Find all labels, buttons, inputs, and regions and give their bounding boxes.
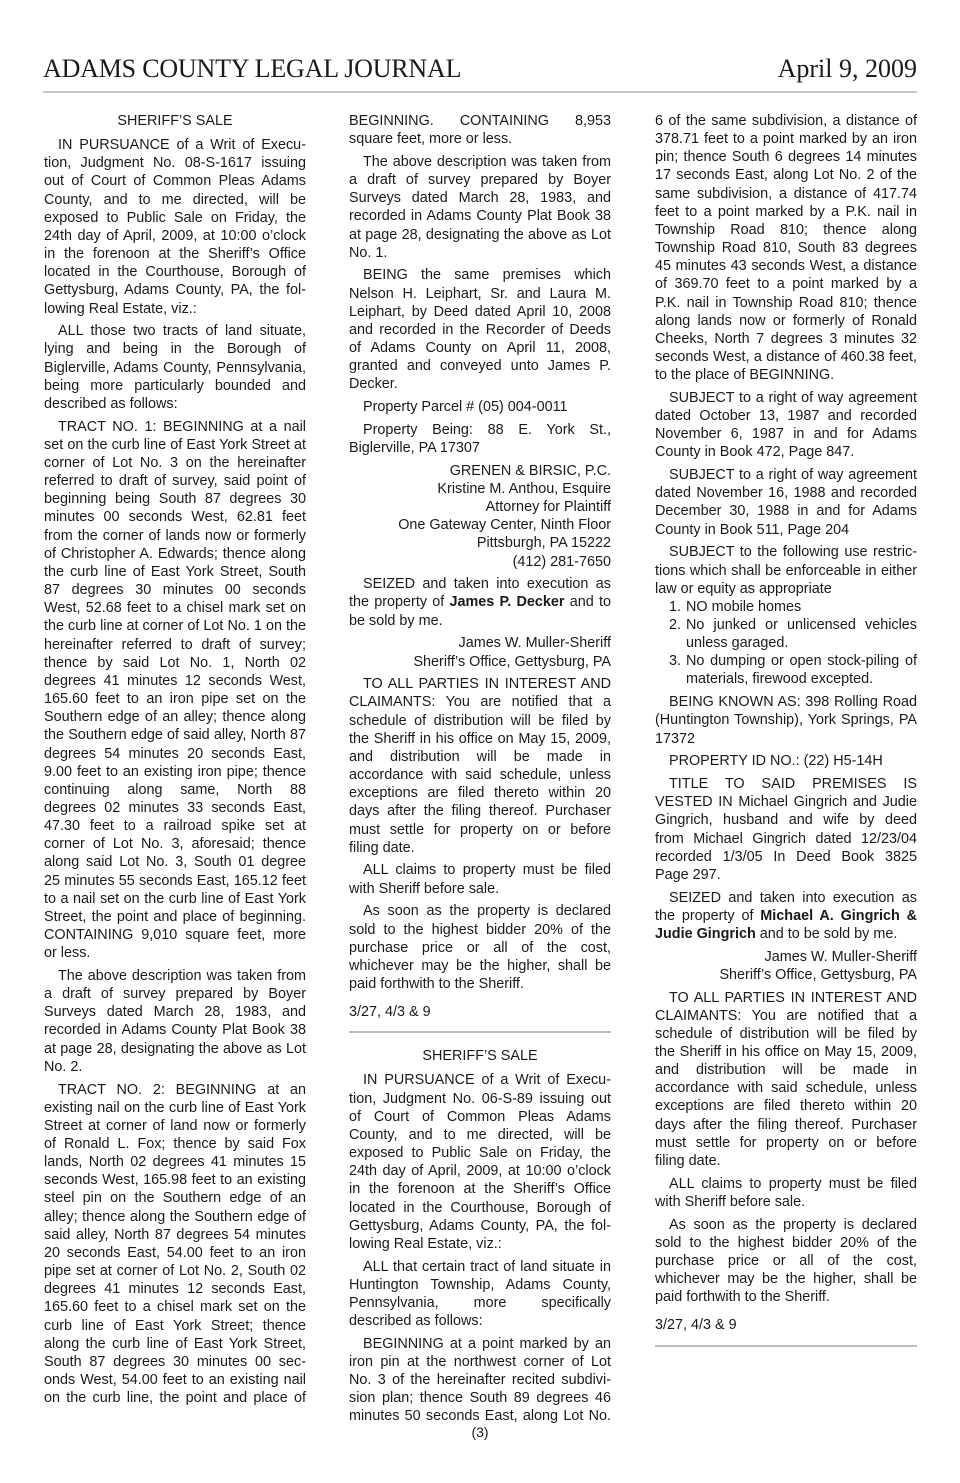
- notice-title: SHERIFF’S SALE: [349, 1047, 611, 1065]
- sheriff-name: James W. Muller-Sheriff: [349, 634, 611, 652]
- payment-paragraph: As soon as the property is declared sold…: [349, 902, 611, 993]
- journal-title: ADAMS COUNTY LEGAL JOURNAL: [43, 54, 461, 84]
- survey-lot-2-paragraph: The above description was taken from a d…: [44, 967, 306, 1076]
- list-number: 1.: [669, 598, 681, 616]
- subject-paragraph-1: SUBJECT to a right of way agreement date…: [655, 389, 917, 462]
- title-vested-paragraph: TITLE TO SAID PREMISES IS VESTED IN Mich…: [655, 775, 917, 884]
- restriction-text: No junked or unlicensed vehicles unless …: [686, 617, 917, 651]
- attorney-address-1: One Gateway Center, Ninth Floor: [349, 516, 611, 534]
- tract-intro-paragraph: ALL that certain tract of land situate i…: [349, 1258, 611, 1331]
- attorney-phone: (412) 281-7650: [349, 553, 611, 571]
- property-id: PROPERTY ID NO.: (22) H5-14H: [655, 752, 917, 770]
- attorney-name: Kristine M. Anthou, Esquire: [349, 480, 611, 498]
- seized-text-end: and to be sold by me.: [756, 926, 898, 942]
- tracts-intro-paragraph: ALL those two tracts of land situate, ly…: [44, 322, 306, 413]
- pursuance-paragraph: IN PURSUANCE of a Writ of Execu­tion, Ju…: [349, 1071, 611, 1253]
- restriction-item: 2.No junked or unlicensed vehicles unles…: [655, 616, 917, 652]
- page-header: ADAMS COUNTY LEGAL JOURNAL April 9, 2009: [43, 50, 917, 90]
- sheriff-signature: James W. Muller-Sheriff Sheriff’s Office…: [349, 634, 611, 670]
- restrictions-list: 1.NO mobile homes 2.No junked or unlicen…: [655, 598, 917, 689]
- sheriff-office: Sheriff’s Office, Gettysburg, PA: [349, 653, 611, 671]
- subject-paragraph-3: SUBJECT to the following use restric­tio…: [655, 543, 917, 597]
- beginning-continued: 6 of the same subdivision, a distance of…: [655, 112, 917, 384]
- column-2: BEGINNING. CONTAINING 8,953 square feet,…: [349, 112, 611, 1430]
- being-paragraph: BEING the same premises which Nelson H. …: [349, 266, 611, 393]
- claims-paragraph: ALL claims to property must be filed wit…: [349, 861, 611, 897]
- list-number: 2.: [669, 616, 681, 634]
- parties-notice-paragraph: TO ALL PARTIES IN INTEREST AND CLAIMANTS…: [349, 675, 611, 857]
- restriction-text: No dumping or open stock-piling of mater…: [686, 653, 917, 687]
- page-number: (3): [0, 1424, 960, 1440]
- attorney-block: GRENEN & BIRSIC, P.C. Kristine M. Anthou…: [349, 462, 611, 571]
- seized-paragraph: SEIZED and taken into execution as the p…: [349, 575, 611, 629]
- property-address: Property Being: 88 E. York St., Biglervi…: [349, 421, 611, 457]
- notice-title: SHERIFF’S SALE: [44, 112, 306, 130]
- claims-paragraph: ALL claims to property must be filed wit…: [655, 1175, 917, 1211]
- restriction-item: 1.NO mobile homes: [655, 598, 917, 616]
- sheriff-name: James W. Muller-Sheriff: [655, 948, 917, 966]
- list-number: 3.: [669, 652, 681, 670]
- restriction-text: NO mobile homes: [686, 599, 801, 615]
- parcel-number: Property Parcel # (05) 004-0011: [349, 398, 611, 416]
- notice-divider: [655, 1345, 917, 1347]
- attorney-role: Attorney for Plaintiff: [349, 498, 611, 516]
- pursuance-paragraph: IN PURSUANCE of a Writ of Execu­tion, Ju…: [44, 136, 306, 318]
- tract-2-continued: BEGINNING. CONTAINING 8,953 square feet,…: [349, 112, 611, 148]
- issue-date: April 9, 2009: [778, 54, 917, 84]
- run-dates: 3/27, 4/3 & 9: [655, 1316, 917, 1334]
- notice-divider: [349, 1031, 611, 1033]
- attorney-firm: GRENEN & BIRSIC, P.C.: [349, 462, 611, 480]
- header-divider: [43, 91, 917, 93]
- restriction-item: 3.No dumping or open stock-piling of mat…: [655, 652, 917, 688]
- beginning-paragraph: BEGINNING at a point marked by an iron p…: [349, 1335, 611, 1426]
- tract-1-paragraph: TRACT NO. 1: BEGINNING at a nail set on …: [44, 418, 306, 963]
- payment-paragraph: As soon as the property is declared sold…: [655, 1216, 917, 1307]
- parties-notice-paragraph: TO ALL PARTIES IN INTEREST AND CLAIMANTS…: [655, 989, 917, 1171]
- property-owner: James P. Decker: [450, 594, 565, 610]
- tract-2-paragraph: TRACT NO. 2: BEGINNING at an existing na…: [44, 1081, 306, 1408]
- column-1: SHERIFF’S SALE IN PURSUANCE of a Writ of…: [44, 112, 306, 1412]
- column-3: 6 of the same subdivision, a distance of…: [655, 112, 917, 1361]
- sheriff-office: Sheriff’s Office, Gettysburg, PA: [655, 966, 917, 984]
- run-dates: 3/27, 4/3 & 9: [349, 1003, 611, 1021]
- attorney-address-2: Pittsburgh, PA 15222: [349, 534, 611, 552]
- survey-lot-1-paragraph: The above description was taken from a d…: [349, 153, 611, 262]
- subject-paragraph-2: SUBJECT to a right of way agreement date…: [655, 466, 917, 539]
- seized-paragraph: SEIZED and taken into execution as the p…: [655, 889, 917, 943]
- known-as-paragraph: BEING KNOWN AS: 398 Rolling Road (Huntin…: [655, 693, 917, 747]
- sheriff-signature: James W. Muller-Sheriff Sheriff’s Office…: [655, 948, 917, 984]
